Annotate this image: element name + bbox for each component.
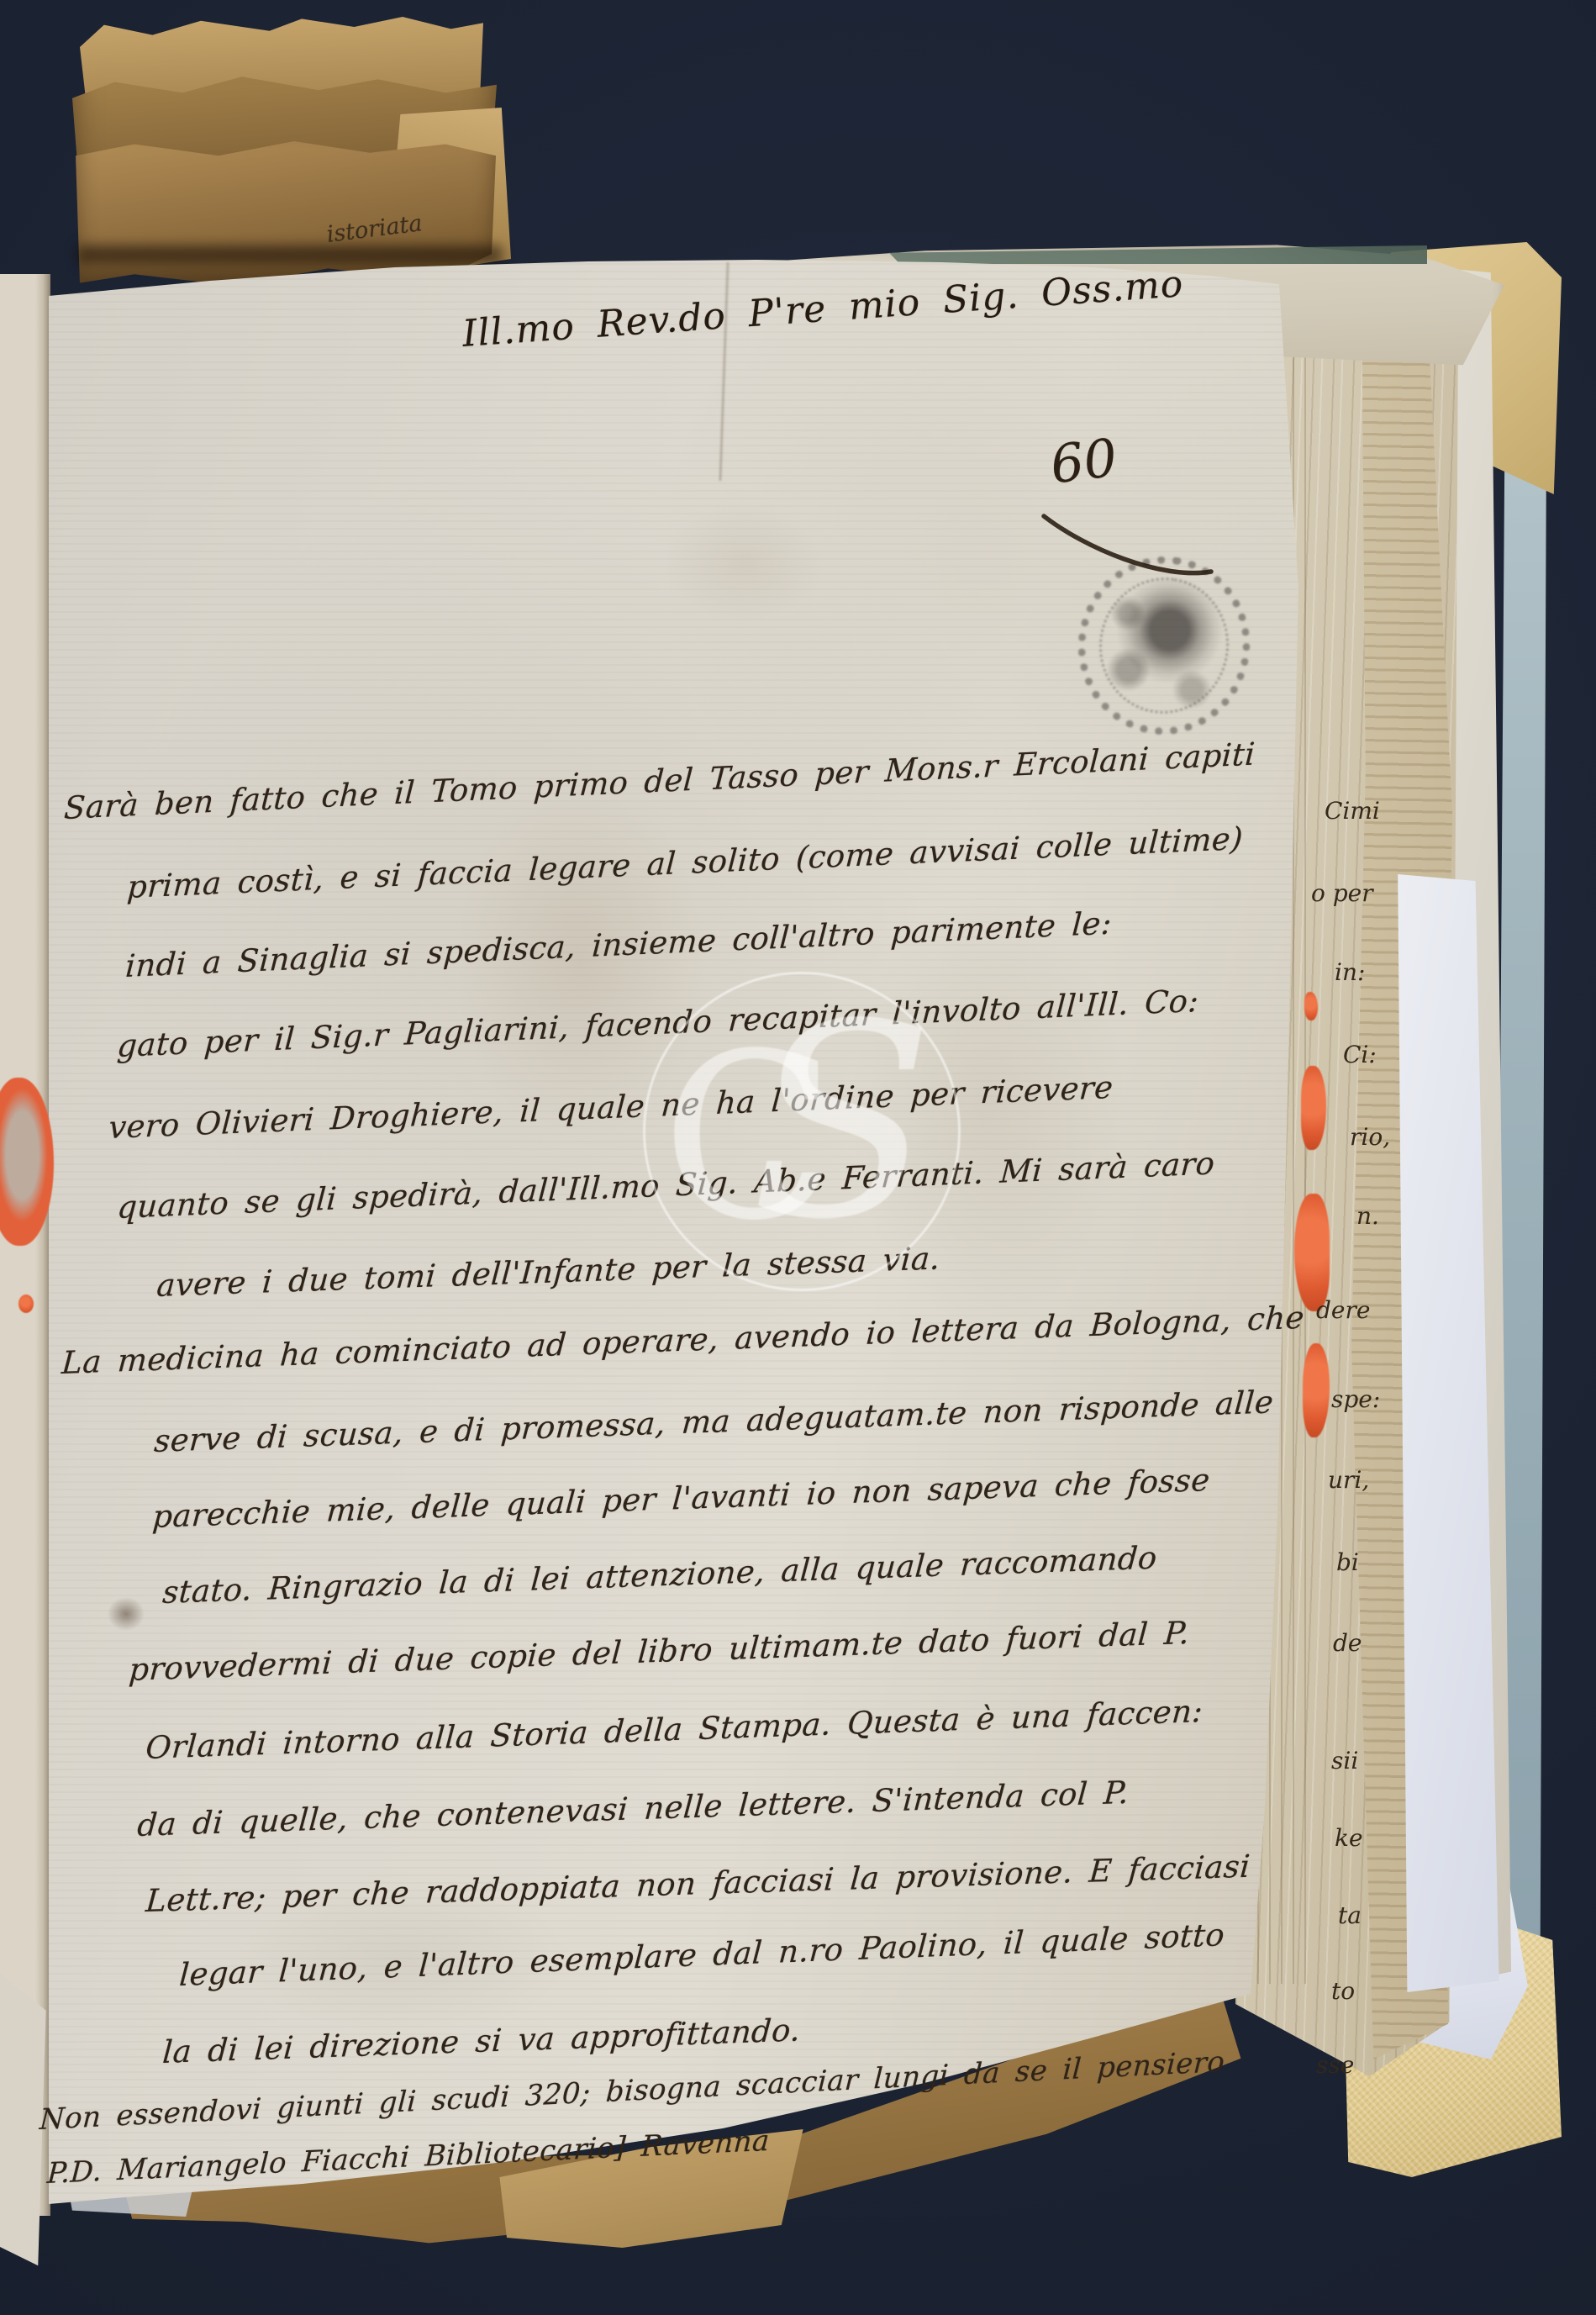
fore-edge-fragment: Ci: [1343, 1041, 1377, 1068]
fore-edge-fragment: ke [1335, 1824, 1363, 1852]
wax-seal-fragment [1304, 992, 1318, 1020]
fore-edge-fragment: to [1331, 1977, 1355, 2005]
fore-edge-fragment: o per [1311, 879, 1373, 907]
fore-edge-fragment: bi [1336, 1548, 1359, 1576]
fore-edge-fragment: Cimi [1325, 797, 1380, 825]
fore-edge-fragment: sii [1331, 1747, 1358, 1774]
fore-edge-fragment: uri, [1328, 1466, 1369, 1494]
wax-seal-fragment [1294, 1194, 1330, 1311]
fore-edge-fragment: n. [1356, 1202, 1379, 1230]
fore-edge-fragment: in: [1335, 958, 1365, 986]
fore-edge-fragment: sse [1316, 2051, 1354, 2079]
fore-edge-fragment: ta [1338, 1901, 1362, 1929]
folio-number: 60 [1047, 426, 1120, 495]
wrapper-shadow [77, 245, 502, 264]
ink-blot [108, 1597, 145, 1631]
manuscript-photo: istoriata Ill.mo Rev.do P're mio Sig. Os… [0, 0, 1596, 2315]
fore-edge-fragment: spe: [1331, 1385, 1380, 1413]
fore-edge-fragment: de [1333, 1629, 1362, 1657]
fore-edge-fragment: rio, [1350, 1123, 1390, 1151]
wax-dot [18, 1295, 34, 1313]
paper-stain [664, 504, 824, 622]
fore-edge-fragment: dere [1316, 1296, 1370, 1324]
